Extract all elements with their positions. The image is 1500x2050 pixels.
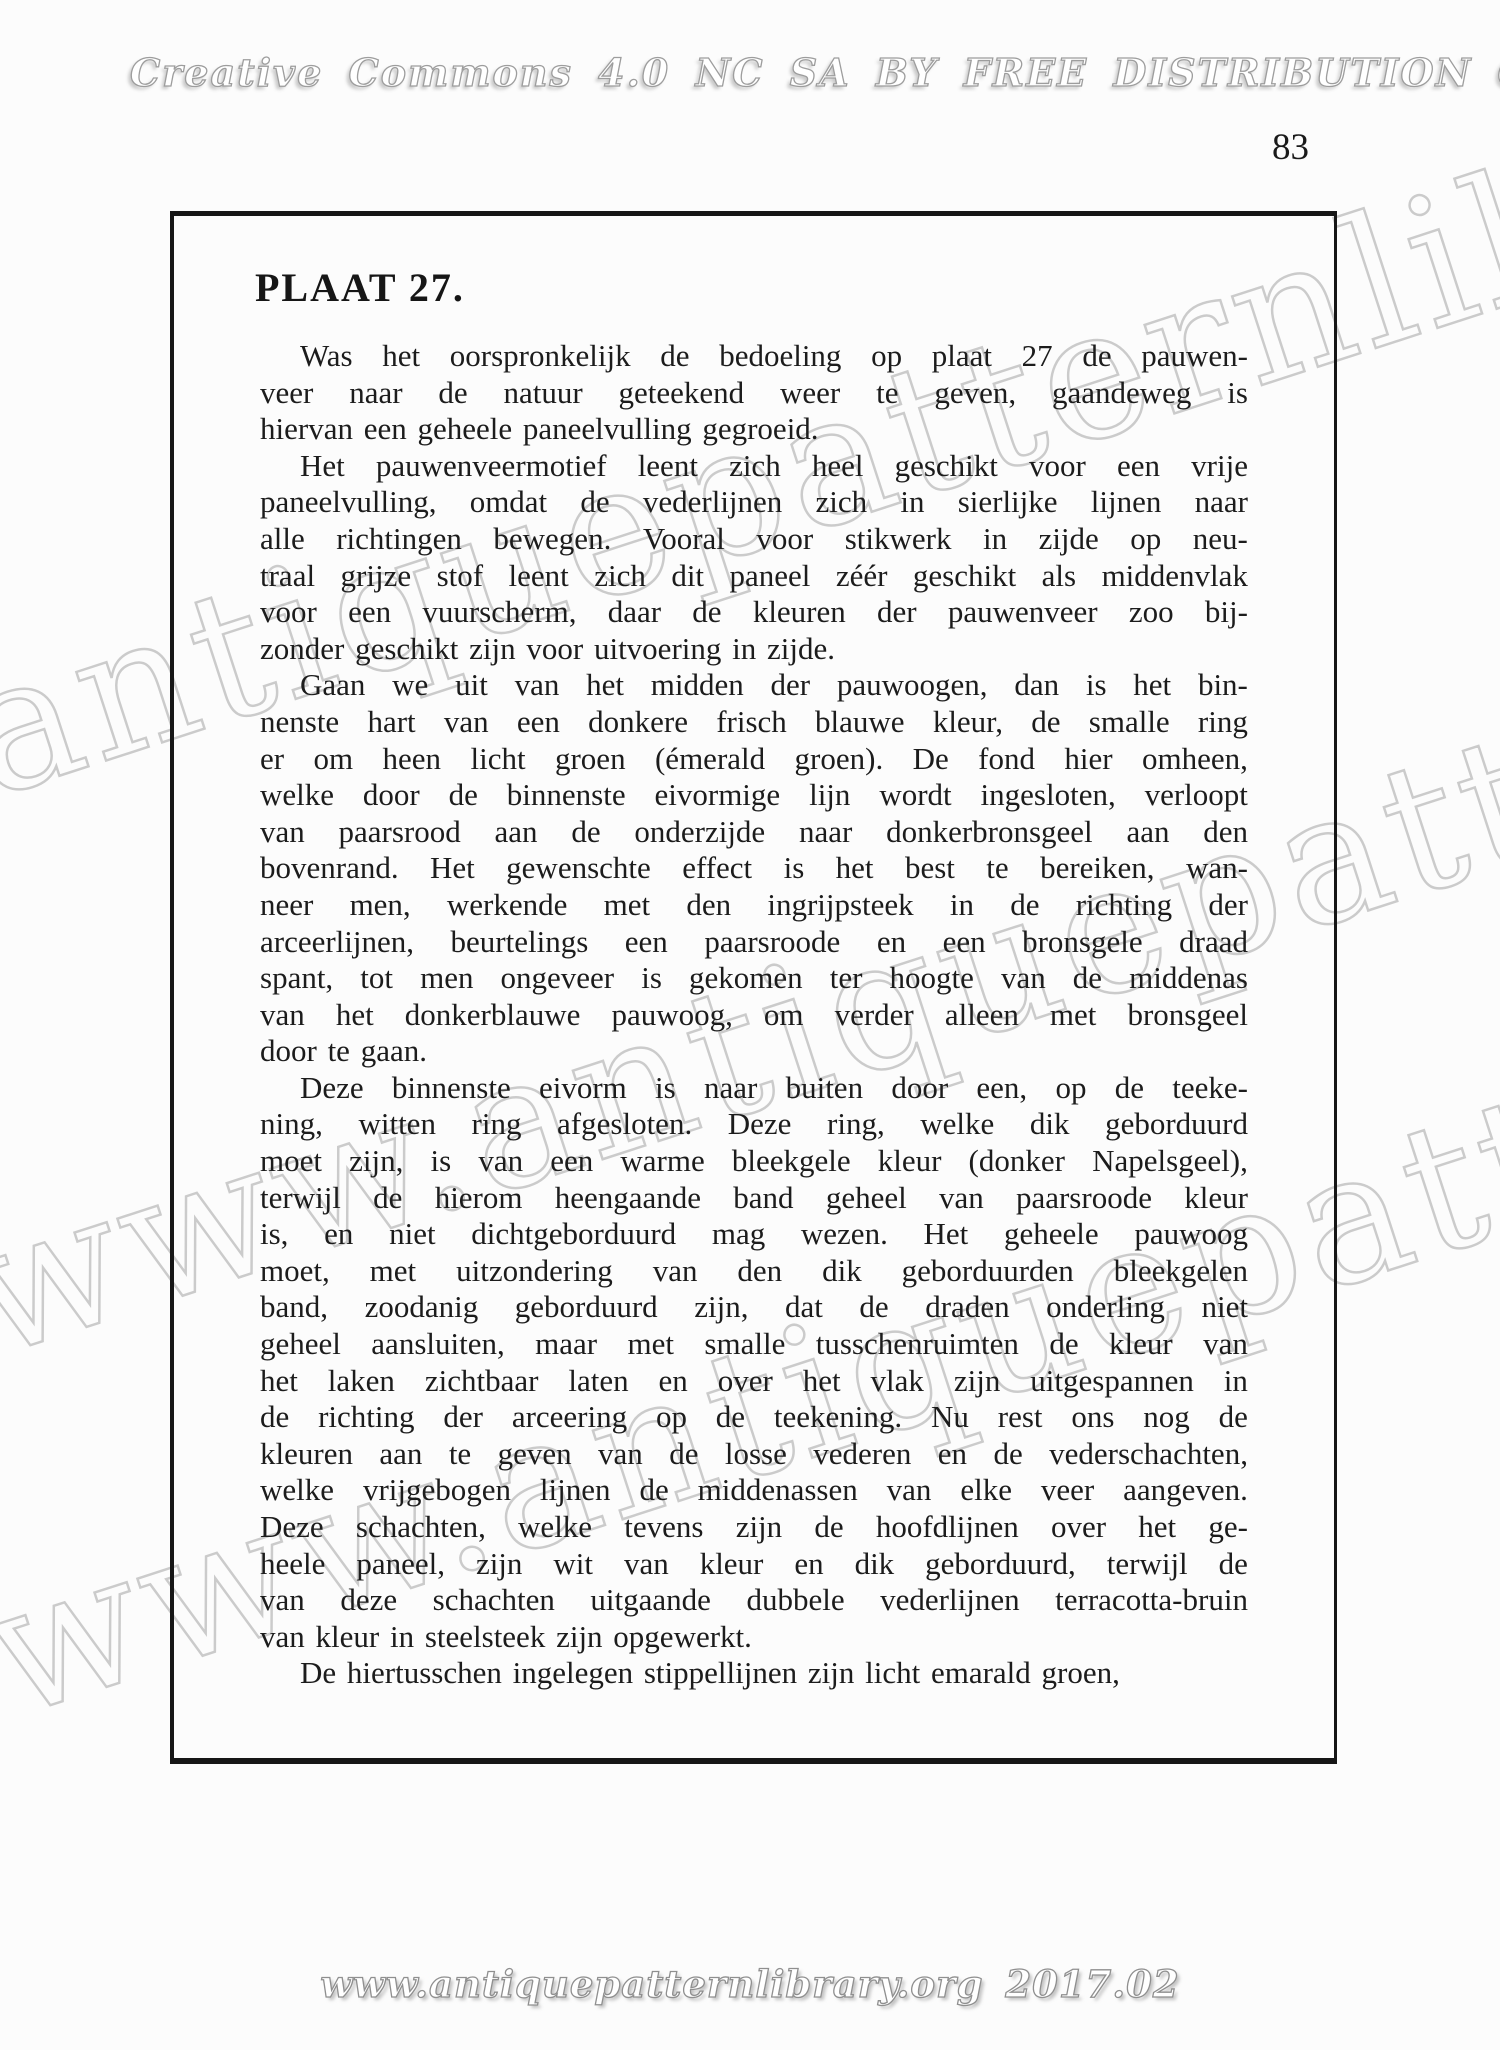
text-line: nenstehartvaneendonkerefrischblauwekleur… [260,704,1248,741]
text-line: moetzijn,isvaneenwarmebleekgelekleur(don… [260,1143,1248,1180]
scanned-book-page: antiquepatternlibrary.org www.antiquepat… [0,0,1500,2050]
text-line: bovenrand.Hetgewenschteeffectishetbestte… [260,850,1248,887]
text-line: kleurenaantegevenvandelossevederenendeve… [260,1436,1248,1473]
text-line: heelepaneel,zijnwitvankleurendikgeborduu… [260,1546,1248,1583]
text-line: hiervan een geheele paneelvulling gegroe… [260,411,1248,448]
text-line: is,ennietdichtgeborduurdmagwezen.Hetgehe… [260,1216,1248,1253]
article-body: Washetoorspronkelijkdebedoelingopplaat27… [260,338,1248,1692]
text-line: welkevrijgebogenlijnendemiddenassenvanel… [260,1472,1248,1509]
text-line: terwijldehieromheengaandebandgeheelvanpa… [260,1180,1248,1217]
text-line: veernaardenatuurgeteekendweertegeven,gaa… [260,375,1248,412]
paragraph: Gaanweuitvanhetmiddenderpauwoogen,danish… [260,667,1248,1070]
text-line: ning,wittenringafgesloten.Dezering,welke… [260,1106,1248,1143]
text-line: van kleur in steelsteek zijn opgewerkt. [260,1619,1248,1656]
text-line: vooreenvuurscherm,daardekleurenderpauwen… [260,594,1248,631]
paragraph: De hiertusschen ingelegen stippellijnen … [260,1655,1248,1692]
footer-url: www.antiquepatternlibrary.org 2017.02 [0,1962,1500,2006]
text-line: neermen,werkendemetdeningrijpsteekinderi… [260,887,1248,924]
license-header: Creative Commons 4.0 NC SA BY FREE DISTR… [130,50,1390,95]
text-line: moet,metuitzonderingvandendikgeborduurde… [260,1253,1248,1290]
paragraph: Washetoorspronkelijkdebedoelingopplaat27… [260,338,1248,448]
plate-heading: PLAAT 27. [255,264,465,311]
text-line: arceerlijnen,beurtelingseenpaarsroodeene… [260,924,1248,961]
text-line: vanhetdonkerblauwepauwoog,omverderalleen… [260,997,1248,1034]
text-line: eromheenlichtgroen(émeraldgroen).Defondh… [260,741,1248,778]
content-frame: PLAAT 27. Washetoorspronkelijkdebedoelin… [170,211,1337,1764]
paragraph: Hetpauwenveermotiefleentzichheelgeschikt… [260,448,1248,668]
text-line: hetlakenzichtbaarlatenenoverhetvlakzijnu… [260,1363,1248,1400]
text-line: Washetoorspronkelijkdebedoelingopplaat27… [260,338,1248,375]
text-line: Hetpauwenveermotiefleentzichheelgeschikt… [260,448,1248,485]
page-number: 83 [1272,126,1309,169]
text-line: vandezeschachtenuitgaandedubbelevederlij… [260,1582,1248,1619]
text-line: zonder geschikt zijn voor uitvoering in … [260,631,1248,668]
text-line: door te gaan. [260,1033,1248,1070]
text-line: allerichtingenbewegen.Vooralvoorstikwerk… [260,521,1248,558]
text-line: paneelvulling,omdatdevederlijnenzichinsi… [260,484,1248,521]
text-line: spant,totmenongeveerisgekomenterhoogteva… [260,960,1248,997]
text-line: Dezebinnensteeivormisnaarbuitendooreen,o… [260,1070,1248,1107]
text-line: vanpaarsroodaandeonderzijdenaardonkerbro… [260,814,1248,851]
text-line: traalgrijzestofleentzichditpaneelzéérges… [260,558,1248,595]
text-line: Gaanweuitvanhetmiddenderpauwoogen,danish… [260,667,1248,704]
text-line: welkedoordebinnensteeivormigelijnwordtin… [260,777,1248,814]
text-line: Dezeschachten,welketevenszijndehoofdlijn… [260,1509,1248,1546]
paragraph: Dezebinnensteeivormisnaarbuitendooreen,o… [260,1070,1248,1656]
text-line: band,zoodaniggeborduurdzijn,datdedradeno… [260,1289,1248,1326]
text-line: geheelaansluiten,maarmetsmalletusschenru… [260,1326,1248,1363]
text-line: derichtingderarceeringopdeteekening.Nure… [260,1399,1248,1436]
text-line: De hiertusschen ingelegen stippellijnen … [260,1655,1248,1692]
